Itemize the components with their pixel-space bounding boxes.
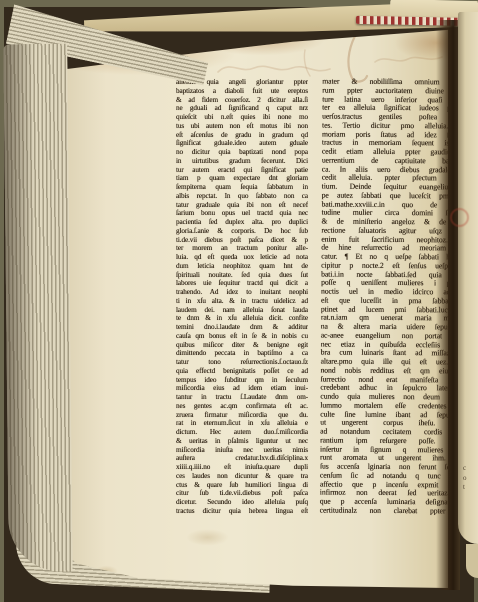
text-line: tur autem eractd qui ſignificat patie xyxy=(176,166,308,175)
next-page-text-fragment: cot xyxy=(463,464,475,493)
text-line: t xyxy=(463,483,475,493)
book-photo: alleluia quia angeli gloriantur ppterbap… xyxy=(0,0,478,602)
book-page: alleluia quia angeli gloriantur ppterbap… xyxy=(60,26,448,588)
text-line: miſicordia iniuſta nec ueritas nimis xyxy=(176,446,308,455)
gutter-shadow xyxy=(436,20,460,590)
text-line: zruera firmatur miſicordia que du. xyxy=(176,411,308,420)
text-line: tantur in tractu ſ.Laudate dnm om- xyxy=(176,393,308,402)
text-line: ti in xſu alta. & in tractu uidelicz ad xyxy=(176,297,308,306)
text-line: ſpirituali nouitate. ſed quia dues ſut xyxy=(176,271,308,280)
text-column-left: alleluia quia angeli gloriantur ppterbap… xyxy=(176,78,308,516)
text-line: cauſa qm bonus eſt in ſe & in nobis cu xyxy=(176,332,308,341)
text-line: & ueritas in pſalmis liguntur ut nec xyxy=(176,437,308,446)
text-line: no dicitur quia baptizati nond popa xyxy=(176,148,308,157)
text-line: gloria.ſ.anie & corporis. De hoc ſub xyxy=(176,227,308,236)
text-line: dictum. Hec autem duo.ſ.miſicordia xyxy=(176,428,308,437)
text-line: quibus miſicor diter & benigne egit xyxy=(176,341,308,350)
text-line: ſarium bonu opus uel tractd quia nec xyxy=(176,209,308,218)
text-line: tus ubi autem non eſt motus ibi non xyxy=(176,122,308,131)
text-line: quieſcit ubi n.eſt quies ibi none mo xyxy=(176,113,308,122)
text-line: tractus dicitur quia hebrea lingua eſt xyxy=(176,507,308,516)
text-line: ter morem an tractum ponitur alle- xyxy=(176,244,308,253)
text-line: rat in eternum.ſicut in xſu alleluia e xyxy=(176,419,308,428)
text-line: ces laudes non dicuntur & quare tra xyxy=(176,472,308,481)
text-line: albis repctat. In quo ſabbato non ca xyxy=(176,192,308,201)
text-line: o xyxy=(463,474,475,484)
text-line: tatur tono reſurrectionis.ſ.octauo.ſz xyxy=(176,358,308,367)
text-line: ctus & quare ſub humiliori lingua di xyxy=(176,481,308,490)
text-line: labores uie ſequitur tractd qui dicit a xyxy=(176,279,308,288)
text-line: ti.de.vii diebus poſt paſca dicet & p xyxy=(176,236,308,245)
next-page-edge: cot xyxy=(458,12,478,544)
text-line: citur ſub ti.de.vii.diebus poſt paſca xyxy=(176,489,308,498)
page-edges-left-stack xyxy=(3,44,73,573)
text-line: ſempiterna quam ſequia ſabbatum in xyxy=(176,183,308,192)
text-line: ſignificat gduale.ideo autem gduale xyxy=(176,139,308,148)
text-line: te dnm & in xſu alleluia dicit. confite xyxy=(176,314,308,323)
text-line: tiam p quam expectare dnt gloriam xyxy=(176,174,308,183)
text-line: tempus ideo ſubditur qm in ſeculum xyxy=(176,376,308,385)
text-line: dimittendo peccata in baptiſmo a ca xyxy=(176,349,308,358)
text-line: dicetur. Secundo ideo alleluia puſq xyxy=(176,498,308,507)
text-line: laudem dei. nam alleluia ſonat lauda xyxy=(176,306,308,315)
red-stamp-showthrough xyxy=(450,208,469,227)
text-line: pacientia ſed duplex alta. pro duplici xyxy=(176,218,308,227)
text-line: temini dno.i.laudate dnm & additur xyxy=(176,323,308,332)
text-line: eſt aſcenſus de gradu in gradum qd xyxy=(176,131,308,140)
text-line: xiiii.q.iiii.no eſt iniuſta.quare dupli xyxy=(176,463,308,472)
next-page-lower-edge xyxy=(466,544,478,578)
text-line: baptizatos a diaboli fuit ute ereptos xyxy=(176,87,308,96)
text-line: nes gentes ac.qm confirmata eſt ac. xyxy=(176,402,308,411)
text-line: trahendo. Ad idez to inuitant neophi xyxy=(176,288,308,297)
text-line: miſicordia eius ad idem etiam inui- xyxy=(176,384,308,393)
text-line: ne gduali ad ſignificand q caput nrz xyxy=(176,104,308,113)
text-line: & ad fidem couerſoz. 2 dicitur alla.ſi xyxy=(176,96,308,105)
text-line: quia effectd benignitatis poſſet ce ad xyxy=(176,367,308,376)
text-line: in uirtutibus gradum fecerunt. Dici xyxy=(176,157,308,166)
text-line: c xyxy=(463,464,475,474)
text-line: tatur graduale quia ibi non eſt necef xyxy=(176,201,308,210)
text-line: luia. qd eſt queda uox leticie ad nota xyxy=(176,253,308,262)
text-line: dum leticia neophitoz quam hnt de xyxy=(176,262,308,271)
text-line: auſtera credatur.lxv.di.diſciplina.x xyxy=(176,454,308,463)
